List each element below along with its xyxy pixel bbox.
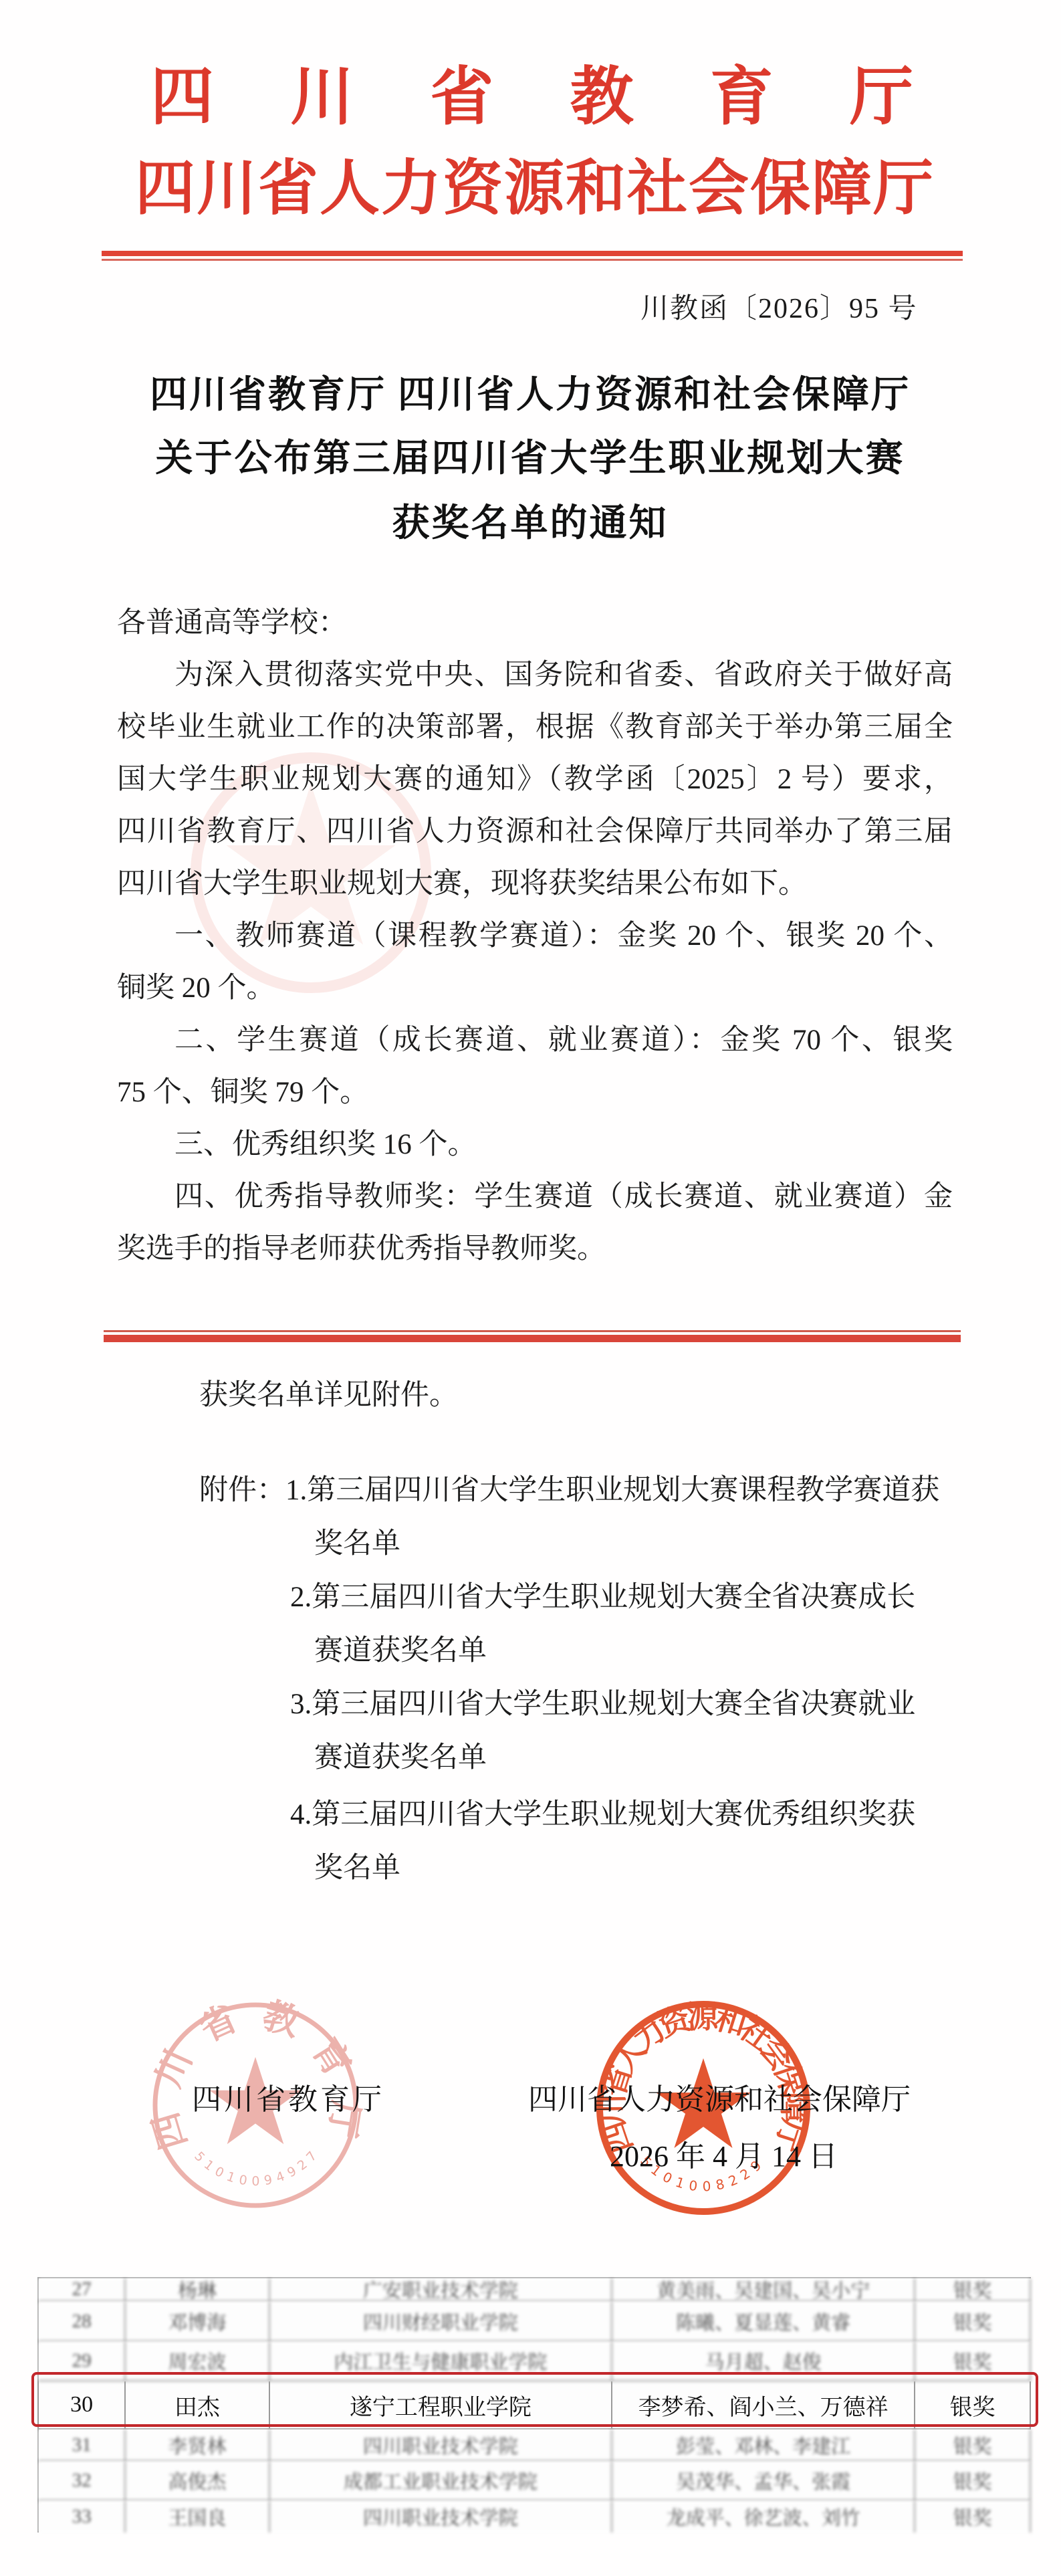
attachment-line-8: 奖名单	[314, 1852, 400, 1885]
table-row-31: 31 李贤林 四川职业技术学院 彭莹、邓林、李建江 银奖	[39, 2430, 1031, 2462]
signature-org-left: 四川省教育厅	[192, 2075, 384, 2118]
cell-award: 银奖	[915, 2501, 1031, 2533]
attachment-line-1: 附件：1.第三届四川省大学生职业规划大赛课程教学赛道获	[199, 1475, 939, 1507]
attachment-line-3: 2.第三届四川省大学生职业规划大赛全省决赛成长	[290, 1582, 915, 1614]
body-line: 75 个、铜奖 79 个。	[117, 1067, 953, 1119]
letterhead-dept2: 四川省人力资源和社会保障厅	[117, 159, 953, 219]
cell-team: 黄美雨、吴建国、吴小宁	[612, 2278, 915, 2300]
letterhead-char: 厅	[850, 66, 913, 129]
body-line: 四川省教育厅、四川省人力资源和社会保障厅共同举办了第三届	[117, 806, 953, 858]
cell-award: 银奖	[915, 2462, 1031, 2500]
body-line: 国大学生职业规划大赛的通知》（教学函〔2025〕2 号）要求，	[117, 754, 953, 806]
letterhead-rule-thin	[102, 259, 963, 261]
cell-name: 田杰	[126, 2381, 270, 2428]
cell-name: 高俊杰	[126, 2462, 270, 2500]
letterhead-char: 省	[430, 66, 493, 129]
cell-award: 银奖	[915, 2430, 1031, 2460]
cell-team: 马月超、赵俊	[612, 2342, 915, 2380]
body-line-item2: 二、学生赛道（成长赛道、就业赛道）：金奖 70 个、银奖	[117, 1014, 953, 1067]
cell-team: 吴茂华、孟华、张霞	[612, 2462, 915, 2500]
cell-school: 四川职业技术学院	[270, 2430, 613, 2460]
cell-no: 33	[39, 2501, 126, 2533]
cell-name: 李贤林	[126, 2430, 270, 2460]
attachment-line-7: 4.第三届四川省大学生职业规划大赛优秀组织奖获	[290, 1799, 915, 1831]
table-row-33: 33 王国良 四川职业技术学院 龙成平、徐艺波、刘竹 银奖	[39, 2501, 1031, 2533]
cell-team: 彭莹、邓林、李建江	[612, 2430, 915, 2460]
letterhead-rule-thick	[102, 251, 963, 256]
cell-no: 30	[39, 2381, 126, 2428]
table-row-29: 29 周宏波 内江卫生与健康职业学院 马月超、赵俊 银奖	[39, 2342, 1031, 2381]
letterhead-char: 四	[150, 66, 214, 129]
attachment-line-6: 赛道获奖名单	[314, 1742, 487, 1774]
body-line: 四川省大学生职业规划大赛，现将获奖结果公布如下。	[117, 858, 953, 910]
body-line: 铜奖 20 个。	[117, 962, 953, 1014]
salutation: 各普通高等学校：	[117, 597, 953, 649]
cell-name: 王国良	[126, 2501, 270, 2533]
table-row-28: 28 邓博海 四川财经职业学院 陈曦、夏显莲、黄睿 银奖	[39, 2302, 1031, 2342]
doc-number: 川教函〔2026〕95 号	[640, 286, 918, 326]
cell-team: 陈曦、夏显莲、黄睿	[612, 2302, 915, 2341]
body-line-item4: 四、优秀指导教师奖：学生赛道（成长赛道、就业赛道）金	[117, 1171, 953, 1223]
cell-school: 广安职业技术学院	[270, 2278, 613, 2300]
cell-no: 28	[39, 2302, 126, 2341]
attachment-line-2: 奖名单	[314, 1528, 400, 1560]
separator-rule-thick	[104, 1335, 961, 1342]
cell-award: 银奖	[915, 2342, 1031, 2380]
cell-award: 银奖	[915, 2381, 1031, 2428]
title-line-3: 获奖名单的通知	[112, 503, 948, 544]
cell-school: 四川职业技术学院	[270, 2501, 613, 2533]
signature-org-right: 四川省人力资源和社会保障厅	[528, 2075, 911, 2118]
awards-table: 27 杨琳 广安职业技术学院 黄美雨、吴建国、吴小宁 银奖 28 邓博海 四川财…	[37, 2277, 1031, 2533]
letterhead-char: 育	[710, 66, 774, 129]
body-line-item1: 一、教师赛道（课程教学赛道）：金奖 20 个、银奖 20 个、	[117, 910, 953, 962]
cell-school: 成都工业职业技术学院	[270, 2462, 613, 2500]
cell-school: 内江卫生与健康职业学院	[270, 2342, 613, 2380]
table-row-32: 32 高俊杰 成都工业职业技术学院 吴茂华、孟华、张霞 银奖	[39, 2462, 1031, 2501]
document-page: 四 川 省 教 育 厅 四川省人力资源和社会保障厅 川教函〔2026〕95 号 …	[0, 0, 1061, 2576]
title-line-2: 关于公布第三届四川省大学生职业规划大赛	[112, 438, 948, 479]
cell-team: 龙成平、徐艺波、刘竹	[612, 2501, 915, 2533]
signature-date: 2026 年 4 月 14 日	[610, 2132, 838, 2175]
body-line: 为深入贯彻落实党中央、国务院和省委、省政府关于做好高	[117, 649, 953, 702]
body-line: 奖选手的指导老师获优秀指导教师奖。	[117, 1223, 953, 1275]
title-line-1: 四川省教育厅 四川省人力资源和社会保障厅	[112, 374, 948, 416]
cell-name: 杨琳	[126, 2278, 270, 2300]
cell-no: 32	[39, 2462, 126, 2500]
separator-rule-thin	[104, 1330, 961, 1332]
letterhead-dept1: 四 川 省 教 育 厅	[150, 66, 913, 129]
cell-award: 银奖	[915, 2278, 1031, 2300]
cell-school: 遂宁工程职业学院	[270, 2381, 613, 2428]
cell-school: 四川财经职业学院	[270, 2302, 613, 2341]
body-text: 各普通高等学校： 为深入贯彻落实党中央、国务院和省委、省政府关于做好高 校毕业生…	[117, 597, 953, 1275]
letterhead-char: 教	[570, 66, 634, 129]
body-line: 校毕业生就业工作的决策部署，根据《教育部关于举办第三届全	[117, 702, 953, 754]
cell-no: 31	[39, 2430, 126, 2460]
cell-no: 27	[39, 2278, 126, 2300]
cell-award: 银奖	[915, 2302, 1031, 2341]
cell-no: 29	[39, 2342, 126, 2380]
cell-name: 邓博海	[126, 2302, 270, 2341]
attachment-note: 获奖名单详见附件。	[199, 1380, 458, 1412]
cell-team: 李梦希、阎小兰、万德祥	[612, 2381, 915, 2428]
body-line-item3: 三、优秀组织奖 16 个。	[117, 1119, 953, 1171]
table-row-27: 27 杨琳 广安职业技术学院 黄美雨、吴建国、吴小宁 银奖	[39, 2278, 1031, 2302]
table-row-30-highlighted: 30 田杰 遂宁工程职业学院 李梦希、阎小兰、万德祥 银奖	[39, 2381, 1031, 2430]
attachment-line-4: 赛道获奖名单	[314, 1635, 487, 1667]
cell-name: 周宏波	[126, 2342, 270, 2380]
letterhead-char: 川	[290, 66, 354, 129]
attachment-line-5: 3.第三届四川省大学生职业规划大赛全省决赛就业	[290, 1689, 915, 1721]
